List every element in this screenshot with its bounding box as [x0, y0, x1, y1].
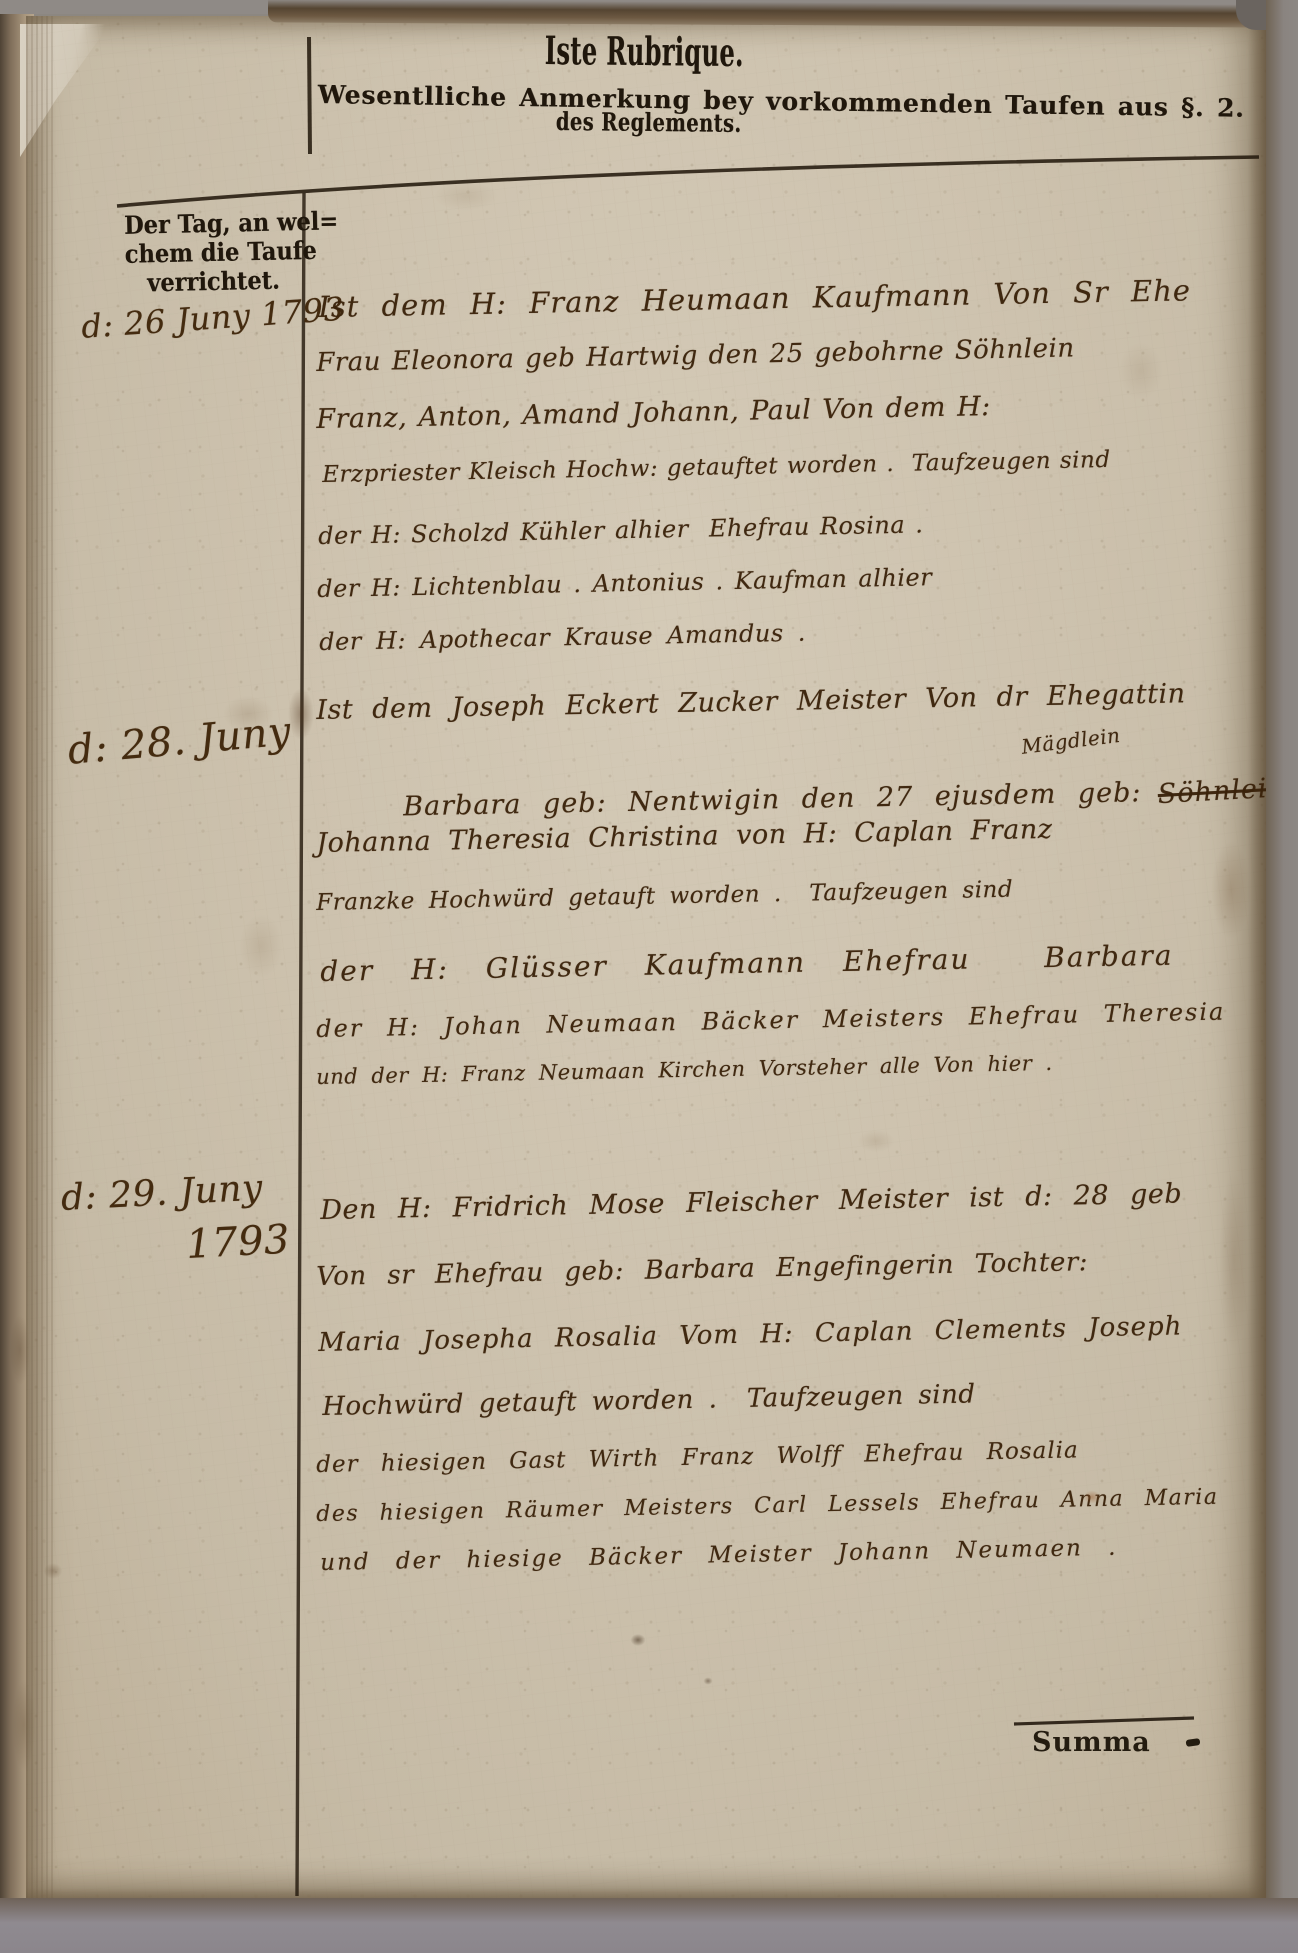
date-column-header-line3: verrichtet.	[125, 265, 302, 298]
page-right-edge	[1248, 16, 1266, 1900]
header-subtitle-line2: des Reglements.	[556, 107, 742, 138]
summa-label: Summa	[1032, 1727, 1151, 1758]
photo-bottom-strip	[0, 1898, 1298, 1953]
date-column-header-line1: Der Tag, an wel=	[124, 207, 301, 240]
entry3-date-year: 1793	[185, 1217, 291, 1268]
date-column-header: Der Tag, an wel= chem die Taufe verricht…	[124, 207, 302, 298]
page-title: Iste Rubrique.	[545, 28, 745, 76]
date-column-header-line2: chem die Taufe	[124, 236, 301, 269]
manuscript-photo: Iste Rubrique. Wesentlliche Anmerkung be…	[0, 0, 1298, 1953]
photo-right-strip	[1266, 0, 1298, 1953]
page-left-edge	[26, 16, 56, 1900]
